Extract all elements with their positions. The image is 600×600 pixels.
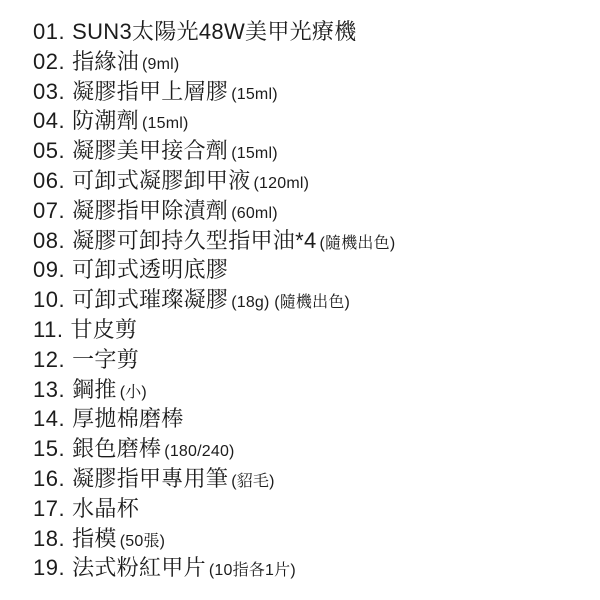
list-item: 06.可卸式凝膠卸甲液(120ml) (33, 166, 600, 196)
item-note: (隨機出色) (320, 235, 396, 252)
list-item: 03.凝膠指甲上層膠(15ml) (33, 77, 600, 107)
item-note: (15ml) (231, 86, 278, 103)
item-name: 指模 (72, 526, 117, 551)
list-item: 10.可卸式璀璨凝膠(18g) (隨機出色) (33, 285, 600, 315)
list-item: 16.凝膠指甲專用筆(貂毛) (33, 464, 600, 494)
item-name: 凝膠指甲除漬劑 (72, 198, 228, 223)
item-name: 一字剪 (72, 347, 139, 372)
item-number: 09. (33, 255, 65, 285)
list-item: 02.指緣油(9ml) (33, 47, 600, 77)
item-number: 10. (33, 285, 65, 315)
product-list: 01.SUN3太陽光48W美甲光療機 02.指緣油(9ml) 03.凝膠指甲上層… (0, 0, 600, 583)
item-number: 15. (33, 434, 65, 464)
item-number: 07. (33, 196, 65, 226)
item-number: 14. (33, 404, 65, 434)
item-number: 06. (33, 166, 65, 196)
item-note: (小) (120, 384, 147, 401)
item-name: SUN3太陽光48W美甲光療機 (72, 19, 356, 44)
item-number: 19. (33, 553, 65, 583)
item-name: 凝膠指甲專用筆 (72, 466, 228, 491)
list-item: 01.SUN3太陽光48W美甲光療機 (33, 17, 600, 47)
list-item: 04.防潮劑(15ml) (33, 106, 600, 136)
item-note: (15ml) (142, 115, 189, 132)
item-name: 法式粉紅甲片 (72, 555, 206, 580)
item-name: 可卸式璀璨凝膠 (72, 287, 228, 312)
item-name: 防潮劑 (72, 108, 139, 133)
item-name: 水晶杯 (72, 496, 139, 521)
list-item: 07.凝膠指甲除漬劑(60ml) (33, 196, 600, 226)
item-note: (18g) (隨機出色) (231, 294, 350, 311)
item-name: 凝膠美甲接合劑 (72, 138, 228, 163)
list-item: 11.甘皮剪 (33, 315, 600, 345)
item-name: 指緣油 (72, 49, 139, 74)
item-note: (10指各1片) (209, 562, 296, 579)
item-number: 02. (33, 47, 65, 77)
list-item: 18.指模(50張) (33, 524, 600, 554)
list-item: 08.凝膠可卸持久型指甲油*4(隨機出色) (33, 226, 600, 256)
item-number: 13. (33, 375, 65, 405)
item-number: 12. (33, 345, 65, 375)
item-number: 11. (33, 315, 63, 345)
item-note: (9ml) (142, 56, 179, 73)
item-number: 08. (33, 226, 65, 256)
list-item: 19.法式粉紅甲片(10指各1片) (33, 553, 600, 583)
item-name: 鋼推 (72, 377, 117, 402)
item-note: (120ml) (254, 175, 310, 192)
item-name: 甘皮剪 (70, 317, 137, 342)
item-number: 17. (33, 494, 65, 524)
list-item: 12.一字剪 (33, 345, 600, 375)
list-item: 13.鋼推(小) (33, 375, 600, 405)
item-name: 凝膠指甲上層膠 (72, 79, 228, 104)
list-item: 05.凝膠美甲接合劑(15ml) (33, 136, 600, 166)
list-item: 17.水晶杯 (33, 494, 600, 524)
list-item: 14.厚拋棉磨棒 (33, 404, 600, 434)
item-number: 04. (33, 106, 65, 136)
item-name: 銀色磨棒 (72, 436, 161, 461)
item-number: 03. (33, 77, 65, 107)
item-name: 可卸式凝膠卸甲液 (72, 168, 250, 193)
item-number: 18. (33, 524, 65, 554)
item-number: 01. (33, 17, 65, 47)
item-name: 厚拋棉磨棒 (72, 406, 184, 431)
item-note: (貂毛) (231, 473, 274, 490)
item-note: (15ml) (231, 145, 278, 162)
item-note: (50張) (120, 533, 165, 550)
item-name: 凝膠可卸持久型指甲油*4 (72, 228, 316, 253)
list-item: 09.可卸式透明底膠 (33, 255, 600, 285)
item-number: 16. (33, 464, 65, 494)
item-note: (60ml) (231, 205, 278, 222)
item-number: 05. (33, 136, 65, 166)
item-note: (180/240) (164, 443, 234, 460)
list-item: 15.銀色磨棒(180/240) (33, 434, 600, 464)
item-name: 可卸式透明底膠 (72, 257, 228, 282)
